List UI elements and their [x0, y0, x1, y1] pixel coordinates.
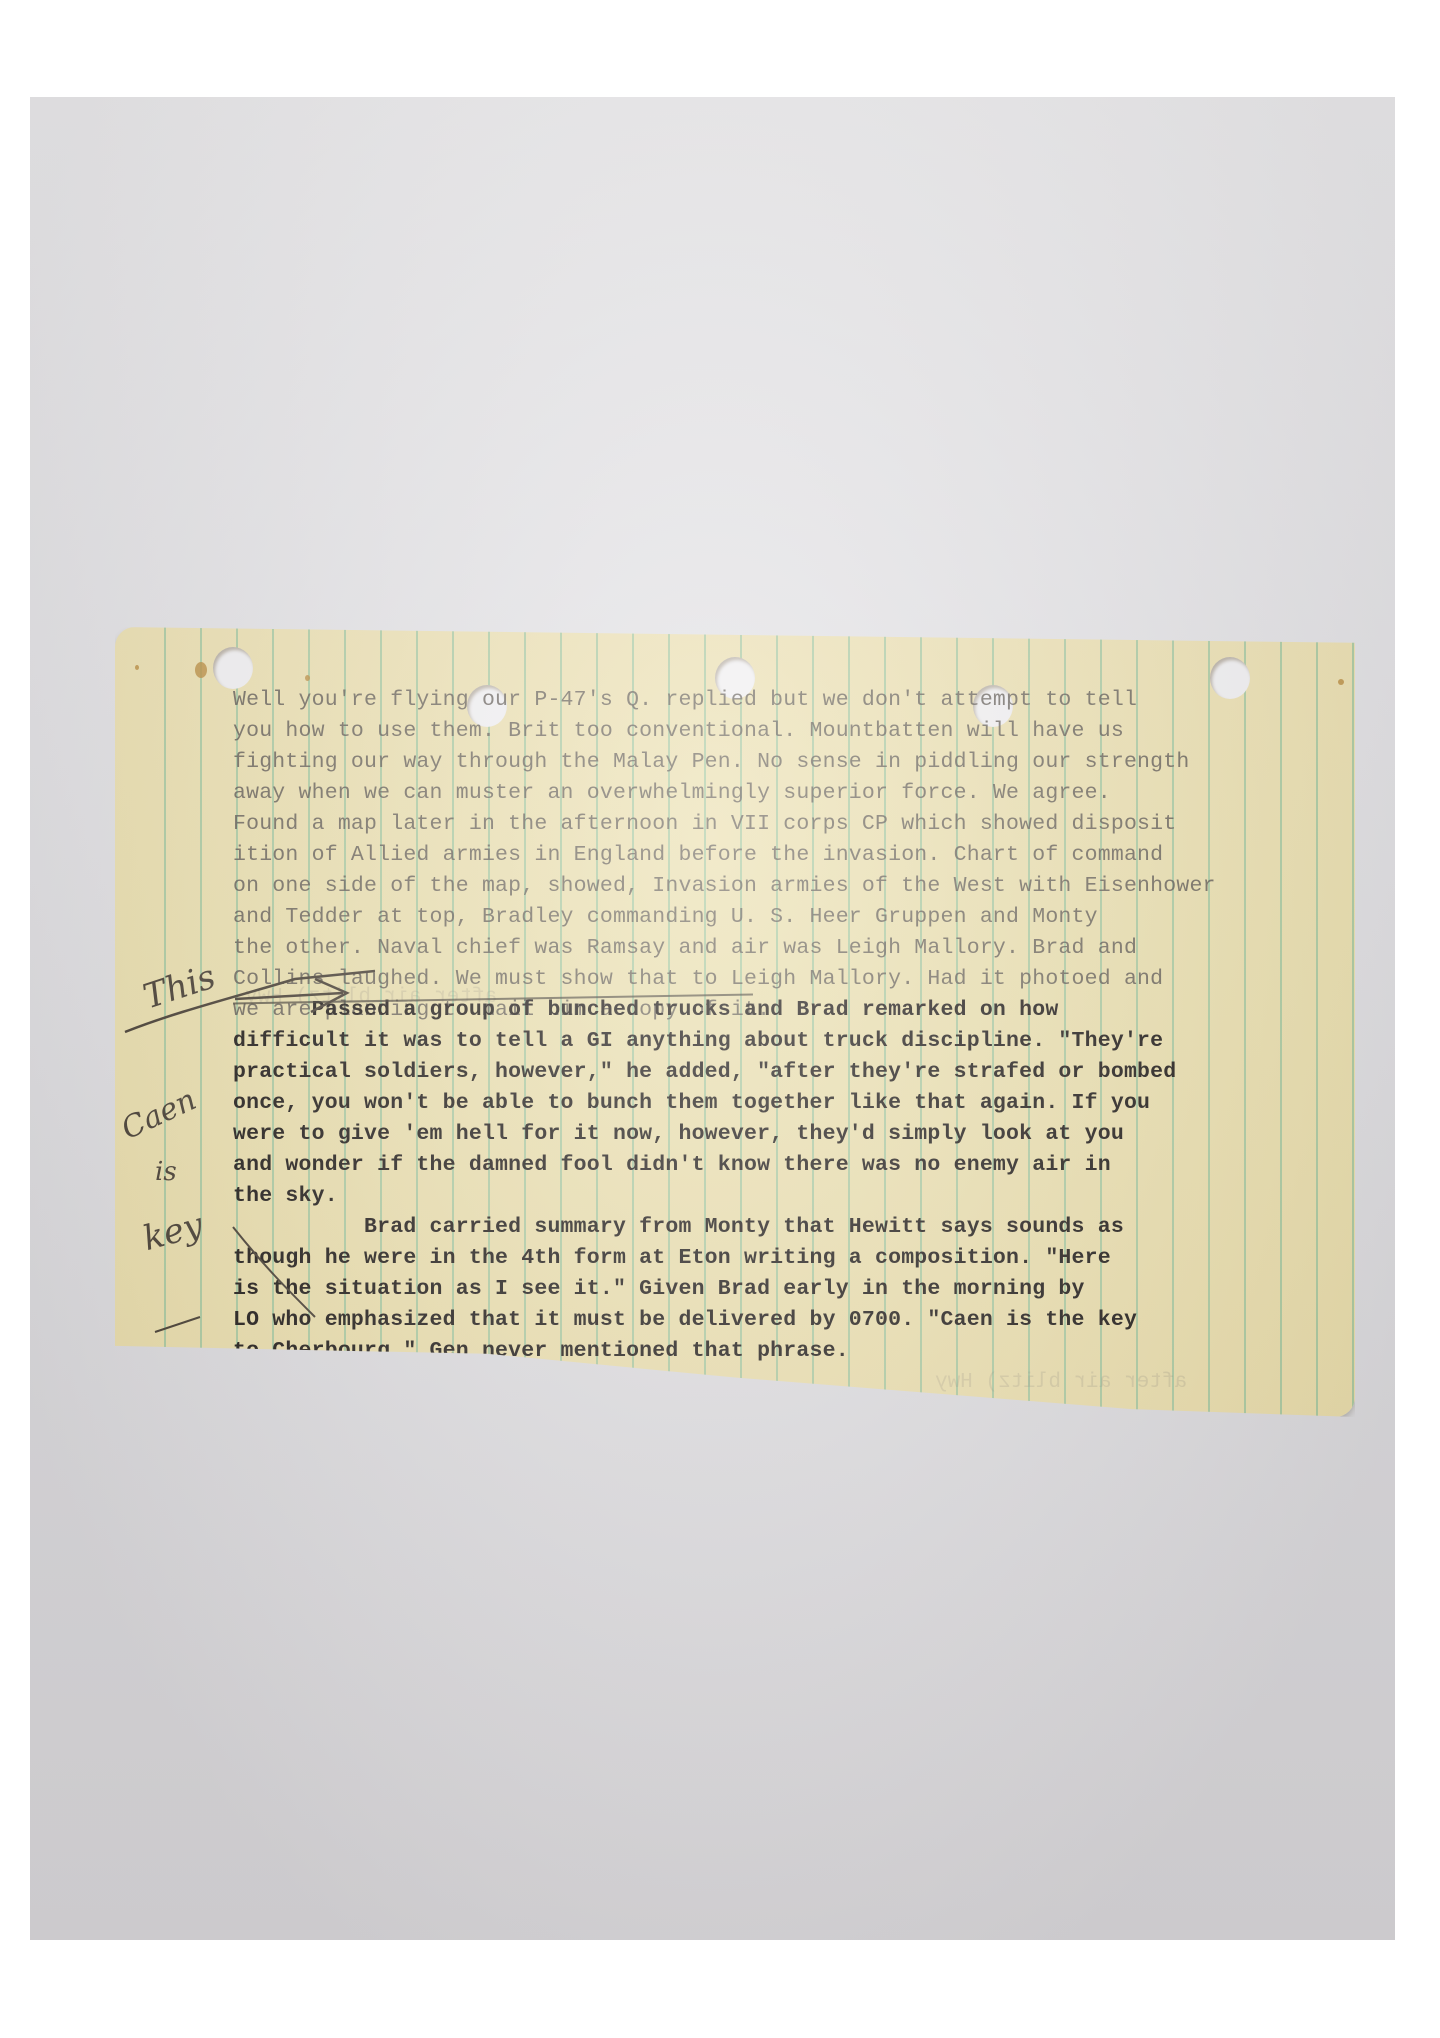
lined-paper-sheet: after air blitz) Hwy after air blitz) Hw…	[115, 627, 1355, 1417]
handwritten-note-is: is	[155, 1157, 177, 1187]
document-photo: after air blitz) Hwy after air blitz) Hw…	[30, 97, 1395, 1940]
pencil-annotations	[115, 627, 1355, 1417]
